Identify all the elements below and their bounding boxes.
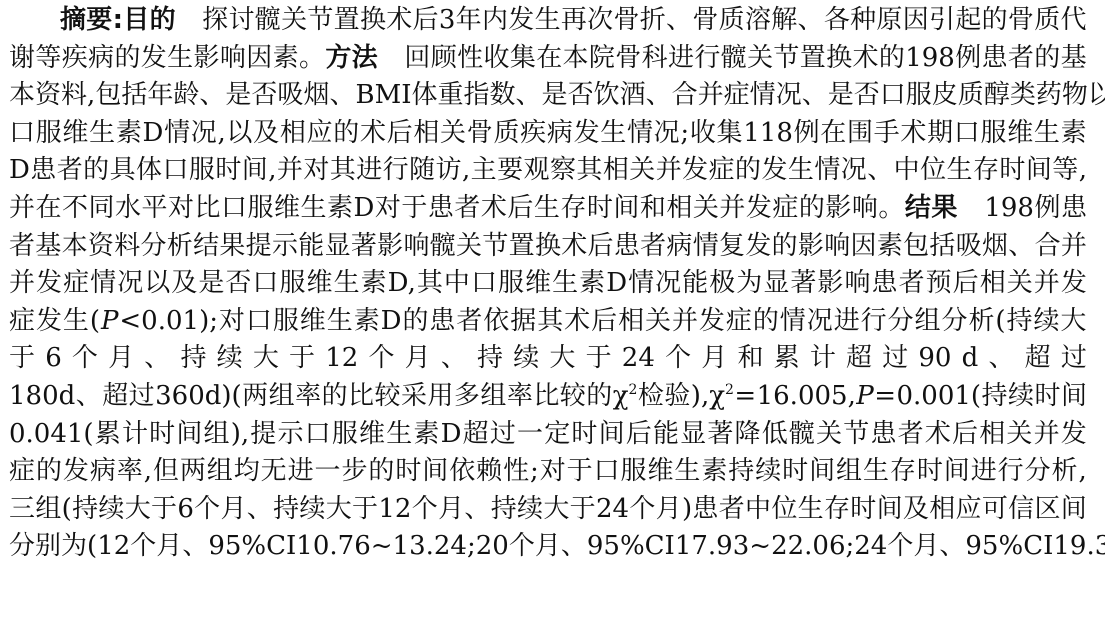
text-run: 关 xyxy=(1007,265,1033,302)
text-run: 疾 xyxy=(62,40,88,77)
text-run: 时 xyxy=(571,416,597,453)
text-run: 醇 xyxy=(984,77,1010,114)
text-run: 降 xyxy=(735,416,761,453)
text-run xyxy=(176,2,202,39)
text-run: 髋 xyxy=(721,40,747,77)
text-run: 组 xyxy=(836,453,862,490)
text-run: 数 xyxy=(490,77,516,114)
text-run: 率 xyxy=(507,378,533,415)
text-run: 症 xyxy=(726,303,752,340)
text-run: 生 xyxy=(334,265,360,302)
text-run: 、 xyxy=(144,340,170,377)
text-run: 较 xyxy=(375,378,401,415)
text-run: P xyxy=(856,378,874,415)
text-run: 间 xyxy=(613,190,639,227)
text-run: 否 xyxy=(251,77,277,114)
text-run: CI xyxy=(266,528,296,565)
text-run: = xyxy=(874,378,896,415)
text-run: 发 xyxy=(745,228,771,265)
text-run: 以 xyxy=(144,265,170,302)
text-run: 生 xyxy=(1034,115,1060,152)
text-run: 后 xyxy=(953,265,979,302)
text-run: 性 xyxy=(503,453,529,490)
text-run: 患 xyxy=(692,491,718,528)
text-run: 手 xyxy=(874,115,900,152)
abstract-line: 分别为(12个月、95%CI10.76~13.24;20个月、95%CI17.9… xyxy=(9,528,1087,565)
text-run: 分 xyxy=(9,528,35,565)
text-run: 本 xyxy=(62,228,88,265)
text-run: 要 xyxy=(86,2,112,39)
text-run: 应 xyxy=(307,115,333,152)
text-run: 提 xyxy=(250,416,276,453)
text-run: 检 xyxy=(638,378,664,415)
text-run: 吸 xyxy=(956,228,982,265)
text-run: ( xyxy=(90,303,100,340)
text-run: 累 xyxy=(774,340,800,377)
text-run: 水 xyxy=(115,190,141,227)
text-run: 生 xyxy=(301,190,327,227)
text-run: 素 xyxy=(701,453,727,490)
text-run: 超 xyxy=(846,340,872,377)
text-run: 髋 xyxy=(789,416,815,453)
text-run: 患 xyxy=(872,265,898,302)
text-run: 口 xyxy=(305,416,331,453)
text-run: 折 xyxy=(640,2,666,39)
text-run: BMI xyxy=(355,77,411,114)
text-run: 素 xyxy=(116,115,142,152)
text-run: 但 xyxy=(153,453,179,490)
text-run: 在 xyxy=(820,115,846,152)
text-run: 解 xyxy=(771,2,797,39)
text-run: 维 xyxy=(62,115,88,152)
text-run: 察 xyxy=(550,152,576,189)
text-run: 的 xyxy=(402,303,428,340)
text-run: 本 xyxy=(563,40,589,77)
text-run: 发 xyxy=(761,152,787,189)
text-run: 后 xyxy=(588,228,614,265)
text-run: 中 xyxy=(745,491,771,528)
text-run: 症 xyxy=(9,303,35,340)
text-run: 者 xyxy=(719,491,745,528)
text-run: 间 xyxy=(422,453,448,490)
text-run: 起 xyxy=(955,2,981,39)
text-run: 应 xyxy=(956,491,982,528)
text-run: 相 xyxy=(603,152,629,189)
text-run: 多 xyxy=(454,378,480,415)
text-run: 及 xyxy=(903,491,929,528)
text-run: 分 xyxy=(888,303,914,340)
text-run: , xyxy=(144,453,152,490)
text-run: 服 xyxy=(36,115,62,152)
text-run: 收 xyxy=(483,40,509,77)
text-run: 低 xyxy=(762,416,788,453)
text-run: 观 xyxy=(524,152,550,189)
text-run: 病 xyxy=(88,40,114,77)
text-run: 质 xyxy=(719,2,745,39)
text-run: , xyxy=(462,152,470,189)
text-run: 平 xyxy=(142,190,168,227)
text-run: 况 xyxy=(117,265,143,302)
text-run: 者 xyxy=(9,228,35,265)
text-run: 维 xyxy=(307,265,333,302)
text-run: 口 xyxy=(162,152,188,189)
text-run: 示 xyxy=(272,228,298,265)
text-run: 3 xyxy=(439,2,456,39)
text-run: 和 xyxy=(737,340,763,377)
text-run: 于 xyxy=(289,340,315,377)
text-run: 后 xyxy=(387,115,413,152)
text-run: 骨 xyxy=(1008,2,1034,39)
text-run: 患 xyxy=(1061,190,1087,227)
text-run: 否 xyxy=(854,77,880,114)
text-run: 年 xyxy=(456,2,482,39)
text-run: 发 xyxy=(699,303,725,340)
text-run: 个 xyxy=(194,491,220,528)
text-run: 服 xyxy=(273,303,299,340)
text-run: 料 xyxy=(114,228,140,265)
abstract-line: 者基本资料分析结果提示能显著影响髋关节置换术后患者病情复发的影响因素包括吸烟、合… xyxy=(9,228,1087,265)
text-run: 其 xyxy=(417,265,443,302)
text-run: 关 xyxy=(747,40,773,77)
text-run: 口 xyxy=(246,303,272,340)
text-run: 步 xyxy=(341,453,367,490)
text-run: 、 xyxy=(666,2,692,39)
text-run: 换 xyxy=(360,2,386,39)
abstract-line: 三组(持续大于6个月、持续大于12个月、持续大于24个月)患者中位生存时间及相应… xyxy=(9,491,1087,528)
text-run: 存 xyxy=(890,453,916,490)
text-run: 体 xyxy=(136,152,162,189)
text-run: 服 xyxy=(332,416,358,453)
text-run: 月 xyxy=(405,340,431,377)
text-run: 析 xyxy=(167,228,193,265)
text-run: 性 xyxy=(457,40,483,77)
text-run: 存 xyxy=(560,190,586,227)
text-run: 据 xyxy=(510,303,536,340)
text-run: 药 xyxy=(1036,77,1062,114)
text-run: 围 xyxy=(847,115,873,152)
text-run: 合 xyxy=(1035,228,1061,265)
text-run: 相 xyxy=(979,416,1005,453)
text-run: 、 xyxy=(441,340,467,377)
text-run: 个 xyxy=(629,491,655,528)
text-run: 情 xyxy=(750,77,776,114)
text-run: 的 xyxy=(368,453,394,490)
text-run: 物 xyxy=(1062,77,1088,114)
text-run: 烟 xyxy=(982,228,1008,265)
text-run: 存 xyxy=(973,152,999,189)
text-run: 情 xyxy=(627,115,653,152)
text-run: 并 xyxy=(1061,228,1087,265)
text-run: 包 xyxy=(903,228,929,265)
text-run: 后 xyxy=(591,303,617,340)
text-run: 关 xyxy=(816,416,842,453)
text-run: 引 xyxy=(929,2,955,39)
text-run: 维 xyxy=(274,190,300,227)
abstract-line: 180d、超过360d)(两组率的比较采用多组率比较的χ2检验),χ2=16.0… xyxy=(9,378,1087,415)
text-run: 患 xyxy=(429,303,455,340)
text-run: 情 xyxy=(814,152,840,189)
text-run: 服 xyxy=(621,453,647,490)
text-run: 生 xyxy=(535,2,561,39)
text-run: 月 xyxy=(656,491,682,528)
text-run: 组 xyxy=(35,491,61,528)
text-run: 95% xyxy=(965,528,1023,565)
text-run: 显 xyxy=(763,265,789,302)
text-run: 过 xyxy=(490,416,516,453)
text-run: ~ xyxy=(749,528,771,565)
text-run: 况 xyxy=(776,77,802,114)
text-run: 症 xyxy=(63,265,89,302)
text-run: ; xyxy=(680,115,689,152)
text-run: 过 xyxy=(129,378,155,415)
text-run: 析 xyxy=(968,303,994,340)
text-run: 其 xyxy=(537,303,563,340)
text-run: 时 xyxy=(917,453,943,490)
text-run: 相 xyxy=(280,115,306,152)
text-run: 组 xyxy=(480,378,506,415)
text-run: 进 xyxy=(971,453,997,490)
text-run: 情 xyxy=(780,303,806,340)
text-run: 骨 xyxy=(467,115,493,152)
text-run: 重 xyxy=(437,77,463,114)
text-run: 口 xyxy=(252,265,278,302)
text-run: 90 xyxy=(918,340,951,377)
text-run: d xyxy=(962,340,979,377)
text-run: 合 xyxy=(672,77,698,114)
text-run: 360d)( xyxy=(155,378,242,415)
text-run: 生 xyxy=(674,453,700,490)
text-run: 个 xyxy=(412,491,438,528)
text-run: ; xyxy=(530,453,539,490)
text-run: 两 xyxy=(180,453,206,490)
text-run: 续 xyxy=(98,491,124,528)
text-run: 组 xyxy=(269,378,295,415)
text-run: 是 xyxy=(198,265,224,302)
text-run: 间 xyxy=(599,416,625,453)
text-run: 对 xyxy=(540,453,566,490)
text-run: 术 xyxy=(564,303,590,340)
text-run: 能 xyxy=(298,228,324,265)
text-run: 间 xyxy=(242,152,268,189)
text-run: 换 xyxy=(826,40,852,77)
abstract-line: 于6个月、持续大于12个月、持续大于24个月和累计超过90d、超过 xyxy=(9,340,1087,377)
text-run: 示 xyxy=(277,416,303,453)
text-run: 于 xyxy=(151,491,177,528)
text-run: 维 xyxy=(1007,115,1033,152)
text-run: 12 xyxy=(378,491,411,528)
text-run: 间 xyxy=(809,453,835,490)
text-run: 为 xyxy=(61,528,87,565)
text-run: ~ xyxy=(371,528,393,565)
text-run: 其 xyxy=(330,152,356,189)
text-run: 累 xyxy=(95,416,121,453)
text-run: 可 xyxy=(982,491,1008,528)
text-run: D xyxy=(9,152,30,189)
text-run: 并 xyxy=(672,303,698,340)
text-run: : xyxy=(113,2,123,39)
text-run: 中 xyxy=(894,152,920,189)
text-run: 维 xyxy=(300,303,326,340)
text-run: 95% xyxy=(208,528,266,565)
text-run: 著 xyxy=(351,228,377,265)
text-run: 率 xyxy=(295,378,321,415)
text-run: 术 xyxy=(360,115,386,152)
text-run: 于 xyxy=(567,453,593,490)
text-run: 基 xyxy=(35,228,61,265)
text-run: ), xyxy=(231,416,249,453)
text-run: 谢 xyxy=(9,40,35,77)
text-run: 种 xyxy=(850,2,876,39)
text-run: 、 xyxy=(199,77,225,114)
text-run: 118 xyxy=(743,115,793,152)
text-run: 括 xyxy=(121,77,147,114)
text-run: 患 xyxy=(870,416,896,453)
text-run: 者 xyxy=(456,303,482,340)
text-run: 。 xyxy=(878,190,904,227)
text-run: 显 xyxy=(680,416,706,453)
text-run: 三 xyxy=(9,491,35,528)
text-run: D xyxy=(606,265,627,302)
text-run: 素 xyxy=(579,265,605,302)
text-run: 讨 xyxy=(228,2,254,39)
text-run: 质 xyxy=(958,77,984,114)
text-run: 分 xyxy=(140,228,166,265)
text-run: 因 xyxy=(246,40,272,77)
text-run xyxy=(378,40,404,77)
text-run: 超 xyxy=(463,416,489,453)
text-run: 并 xyxy=(656,152,682,189)
text-run: 服 xyxy=(980,115,1006,152)
text-run: 生 xyxy=(788,152,814,189)
text-run: 12 xyxy=(325,340,358,377)
text-run: 16.005, xyxy=(757,378,856,415)
text-run: 行 xyxy=(998,453,1024,490)
text-run: 是 xyxy=(542,77,568,114)
text-run: 发 xyxy=(36,265,62,302)
text-run: 维 xyxy=(359,416,385,453)
text-run: 回 xyxy=(404,40,430,77)
text-run: 均 xyxy=(234,453,260,490)
text-run: 22.06;24 xyxy=(771,528,887,565)
superscript: 2 xyxy=(628,382,637,398)
text-run: 198 xyxy=(984,190,1034,227)
text-run: 关 xyxy=(1006,416,1032,453)
text-run: 吸 xyxy=(277,77,303,114)
text-run: 不 xyxy=(62,190,88,227)
text-run: 生 xyxy=(89,115,115,152)
abstract-line: 口服维生素D情况,以及相应的术后相关骨质疾病发生情况;收集118例在围手术期口服… xyxy=(9,115,1087,152)
abstract-line: 本资料,包括年龄、是否吸烟、BMI体重指数、是否饮酒、合并症情况、是否口服皮质醇… xyxy=(9,77,1087,114)
text-run: 集 xyxy=(510,40,536,77)
text-run: 况 xyxy=(655,265,681,302)
text-run: 析 xyxy=(1052,453,1078,490)
text-run: 患 xyxy=(982,40,1008,77)
text-run: 采 xyxy=(401,378,427,415)
text-run: 大 xyxy=(125,491,151,528)
text-run: 在 xyxy=(36,190,62,227)
text-run: 结 xyxy=(905,190,931,227)
text-run: 影 xyxy=(377,228,403,265)
text-run: CI xyxy=(645,528,675,565)
text-run: 节 xyxy=(843,416,869,453)
text-run: 素 xyxy=(327,190,353,227)
text-run: 生 xyxy=(552,265,578,302)
text-run: 情 xyxy=(164,115,190,152)
text-run: 生 xyxy=(327,303,353,340)
text-run: 内 xyxy=(482,2,508,39)
text-run: 提 xyxy=(246,228,272,265)
text-run: 进 xyxy=(668,40,694,77)
text-run: 代 xyxy=(1061,2,1087,39)
text-run: 后 xyxy=(507,190,533,227)
text-run: 生 xyxy=(798,491,824,528)
text-run: 例 xyxy=(794,115,820,152)
text-run: 发 xyxy=(682,152,708,189)
text-run: 维 xyxy=(525,265,551,302)
text-run: 生 xyxy=(947,152,973,189)
text-run: 位 xyxy=(771,491,797,528)
text-run: 次 xyxy=(587,2,613,39)
text-run: 持 xyxy=(180,340,206,377)
text-run: 别 xyxy=(35,528,61,565)
text-run: 间 xyxy=(176,416,202,453)
text-run: D xyxy=(143,115,164,152)
text-run: 关 xyxy=(629,152,655,189)
superscript: 2 xyxy=(725,382,734,398)
text-run: 口 xyxy=(221,190,247,227)
text-run: 和 xyxy=(640,190,666,227)
text-run: 关 xyxy=(693,190,719,227)
text-run: D xyxy=(441,416,462,453)
text-run: 预 xyxy=(926,265,952,302)
text-run: 续 xyxy=(217,340,243,377)
text-run: 响 xyxy=(852,190,878,227)
text-run: 对 xyxy=(375,190,401,227)
text-run: 者 xyxy=(1008,40,1034,77)
text-run: 病 xyxy=(90,453,116,490)
text-run: 时 xyxy=(999,152,1025,189)
text-run: 素 xyxy=(413,416,439,453)
text-run: , xyxy=(1079,152,1087,189)
text-run: 区 xyxy=(1034,491,1060,528)
text-run: 服 xyxy=(279,265,305,302)
text-run: 间 xyxy=(877,491,903,528)
text-run: 持 xyxy=(477,340,503,377)
text-run: 、 xyxy=(329,77,355,114)
text-run: 况 xyxy=(807,303,833,340)
text-run: 无 xyxy=(261,453,287,490)
text-run: 患 xyxy=(428,190,454,227)
text-run: 显 xyxy=(325,228,351,265)
text-run: 率 xyxy=(117,453,143,490)
text-run: 关 xyxy=(281,2,307,39)
text-run: 并 xyxy=(698,77,724,114)
text-run: 等 xyxy=(1052,152,1078,189)
text-run: 影 xyxy=(817,265,843,302)
text-run: 骨 xyxy=(692,2,718,39)
text-run: , xyxy=(217,115,225,152)
text-run: 复 xyxy=(719,228,745,265)
text-run: 换 xyxy=(535,228,561,265)
text-run: 于 xyxy=(570,491,596,528)
text-run: 维 xyxy=(647,453,673,490)
text-run: 超 xyxy=(102,378,128,415)
text-run: 症 xyxy=(9,453,35,490)
text-run: 24 xyxy=(622,340,655,377)
text-run: 情 xyxy=(693,228,719,265)
text-run: 髋 xyxy=(430,228,456,265)
text-run: 、 xyxy=(988,340,1014,377)
